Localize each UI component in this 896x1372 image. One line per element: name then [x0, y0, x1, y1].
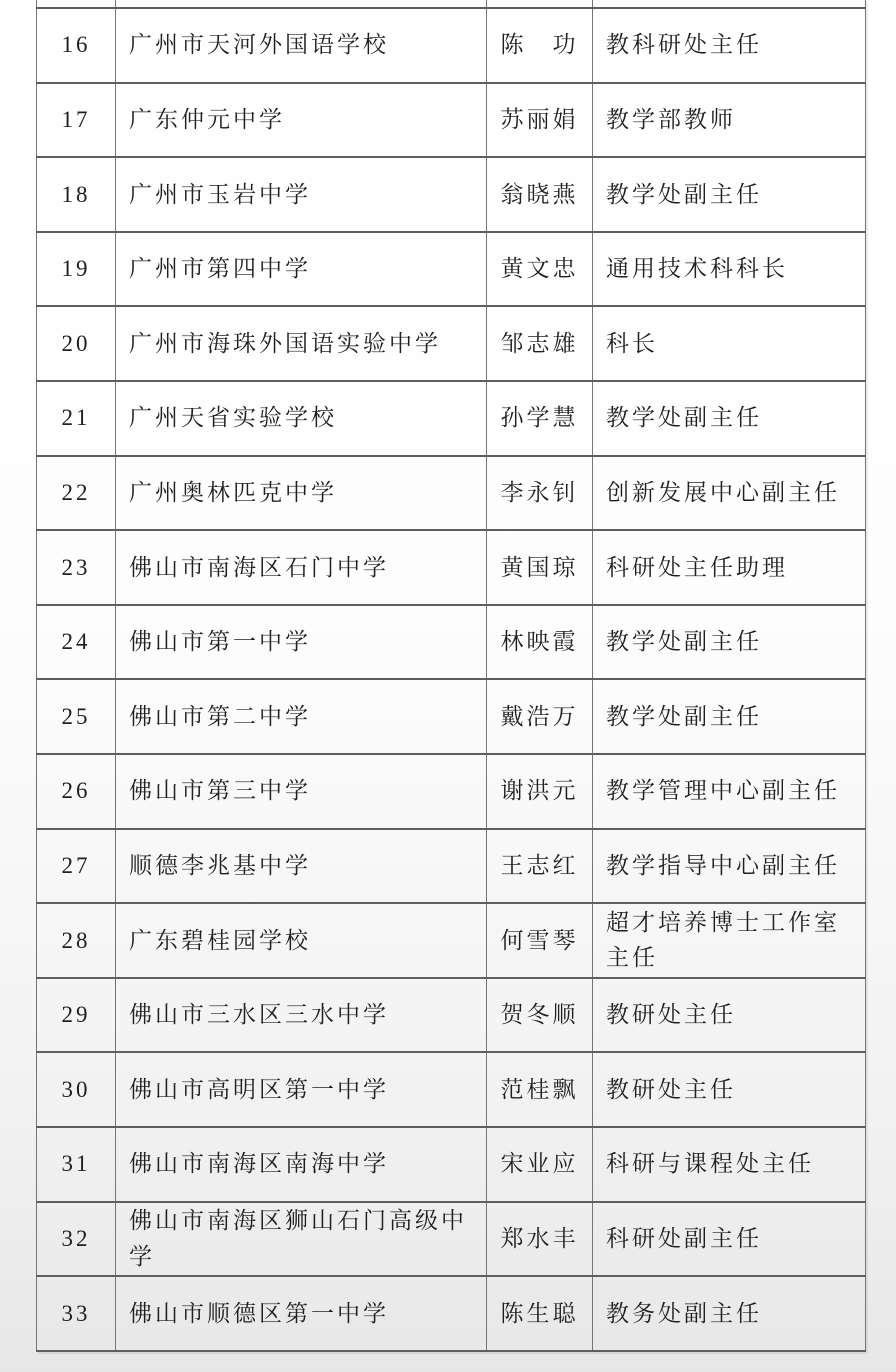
- cell-name: 陈生聪: [487, 1276, 593, 1351]
- cell-school: 佛山市南海区南海中学: [116, 1127, 487, 1202]
- table-row: 32 佛山市南海区狮山石门高级中学 郑水丰 科研处副主任: [37, 1202, 866, 1277]
- table-row: 24 佛山市第一中学 林映霞 教学处副主任: [37, 605, 866, 680]
- table-row: 31 佛山市南海区南海中学 宋业应 科研与课程处主任: [37, 1127, 866, 1202]
- cell-title: 教学处副主任: [593, 679, 866, 754]
- document-page: 16 广州市天河外国语学校 陈 功 教科研处主任 17 广东仲元中学 苏丽娟 教…: [0, 0, 896, 1372]
- cell-number: 19: [37, 232, 116, 307]
- cell-title: 教学处副主任: [593, 157, 866, 232]
- cell-title: 教学部教师: [593, 83, 866, 158]
- cell-title: 科研处副主任: [593, 1202, 866, 1277]
- table-row: 25 佛山市第二中学 戴浩万 教学处副主任: [37, 679, 866, 754]
- cell-school: 佛山市顺德区第一中学: [116, 1276, 487, 1351]
- cell-number-stub: [37, 0, 116, 8]
- table-row: 17 广东仲元中学 苏丽娟 教学部教师: [37, 83, 866, 158]
- table-row: 29 佛山市三水区三水中学 贺冬顺 教研处主任: [37, 978, 866, 1053]
- cell-name: 戴浩万: [487, 679, 593, 754]
- cell-title: 科长: [593, 306, 866, 381]
- cell-title: 教学管理中心副主任: [593, 754, 866, 829]
- table-row: 20 广州市海珠外国语实验中学 邹志雄 科长: [37, 306, 866, 381]
- cell-number: 16: [37, 8, 116, 83]
- cell-name: 宋业应: [487, 1127, 593, 1202]
- cell-name: 范桂飘: [487, 1052, 593, 1127]
- cell-title: 科研与课程处主任: [593, 1127, 866, 1202]
- cell-number: 24: [37, 605, 116, 680]
- cell-school: 佛山市第一中学: [116, 605, 487, 680]
- cell-name: 谢洪元: [487, 754, 593, 829]
- cell-title: 教学指导中心副主任: [593, 829, 866, 904]
- cell-title: 教学处副主任: [593, 605, 866, 680]
- cell-name: 苏丽娟: [487, 83, 593, 158]
- cell-school: 佛山市高明区第一中学: [116, 1052, 487, 1127]
- cell-name-stub: [487, 0, 593, 8]
- cell-number: 25: [37, 679, 116, 754]
- cell-school: 广东仲元中学: [116, 83, 487, 158]
- cell-name: 陈 功: [487, 8, 593, 83]
- cell-school: 广州市第四中学: [116, 232, 487, 307]
- cell-number: 26: [37, 754, 116, 829]
- cell-name: 李永钊: [487, 456, 593, 531]
- cell-title: 教科研处主任: [593, 8, 866, 83]
- cell-number: 22: [37, 456, 116, 531]
- cell-title: 教学处副主任: [593, 381, 866, 456]
- cell-school: 广州奥林匹克中学: [116, 456, 487, 531]
- cell-number: 28: [37, 903, 116, 978]
- table-row: 30 佛山市高明区第一中学 范桂飘 教研处主任: [37, 1052, 866, 1127]
- table-row: 21 广州天省实验学校 孙学慧 教学处副主任: [37, 381, 866, 456]
- cell-number: 29: [37, 978, 116, 1053]
- cell-school: 佛山市三水区三水中学: [116, 978, 487, 1053]
- table-row-partial: [37, 0, 866, 8]
- cell-number: 20: [37, 306, 116, 381]
- cell-school: 广州市海珠外国语实验中学: [116, 306, 487, 381]
- table-row: 19 广州市第四中学 黄文忠 通用技术科科长: [37, 232, 866, 307]
- table-row: 26 佛山市第三中学 谢洪元 教学管理中心副主任: [37, 754, 866, 829]
- cell-school: 广州市天河外国语学校: [116, 8, 487, 83]
- cell-name: 林映霞: [487, 605, 593, 680]
- cell-title: 通用技术科科长: [593, 232, 866, 307]
- cell-name: 何雪琴: [487, 903, 593, 978]
- cell-school: 佛山市第三中学: [116, 754, 487, 829]
- cell-title-stub: [593, 0, 866, 8]
- cell-name: 王志红: [487, 829, 593, 904]
- cell-title: 教务处副主任: [593, 1276, 866, 1351]
- cell-title: 创新发展中心副主任: [593, 456, 866, 531]
- cell-number: 27: [37, 829, 116, 904]
- cell-school: 佛山市南海区石门中学: [116, 530, 487, 605]
- table-row: 28 广东碧桂园学校 何雪琴 超才培养博士工作室主任: [37, 903, 866, 978]
- cell-name: 孙学慧: [487, 381, 593, 456]
- cell-school: 广州天省实验学校: [116, 381, 487, 456]
- cell-school: 佛山市南海区狮山石门高级中学: [116, 1202, 487, 1277]
- table-row: 23 佛山市南海区石门中学 黄国琼 科研处主任助理: [37, 530, 866, 605]
- cell-school-stub: [116, 0, 487, 8]
- cell-number: 31: [37, 1127, 116, 1202]
- cell-title: 教研处主任: [593, 1052, 866, 1127]
- cell-name: 郑水丰: [487, 1202, 593, 1277]
- cell-number: 23: [37, 530, 116, 605]
- cell-number: 18: [37, 157, 116, 232]
- table-row: 18 广州市玉岩中学 翁晓燕 教学处副主任: [37, 157, 866, 232]
- cell-name: 翁晓燕: [487, 157, 593, 232]
- cell-school: 顺德李兆基中学: [116, 829, 487, 904]
- cell-title: 教研处主任: [593, 978, 866, 1053]
- cell-name: 贺冬顺: [487, 978, 593, 1053]
- personnel-table: 16 广州市天河外国语学校 陈 功 教科研处主任 17 广东仲元中学 苏丽娟 教…: [36, 0, 866, 1352]
- cell-name: 邹志雄: [487, 306, 593, 381]
- table-row: 33 佛山市顺德区第一中学 陈生聪 教务处副主任: [37, 1276, 866, 1351]
- cell-number: 33: [37, 1276, 116, 1351]
- cell-name: 黄文忠: [487, 232, 593, 307]
- cell-title: 超才培养博士工作室主任: [593, 903, 866, 978]
- cell-school: 广州市玉岩中学: [116, 157, 487, 232]
- table-row: 22 广州奥林匹克中学 李永钊 创新发展中心副主任: [37, 456, 866, 531]
- cell-school: 广东碧桂园学校: [116, 903, 487, 978]
- cell-number: 17: [37, 83, 116, 158]
- cell-name: 黄国琼: [487, 530, 593, 605]
- cell-school: 佛山市第二中学: [116, 679, 487, 754]
- cell-title: 科研处主任助理: [593, 530, 866, 605]
- cell-number: 30: [37, 1052, 116, 1127]
- cell-number: 32: [37, 1202, 116, 1277]
- cell-number: 21: [37, 381, 116, 456]
- table-row: 16 广州市天河外国语学校 陈 功 教科研处主任: [37, 8, 866, 83]
- table-row: 27 顺德李兆基中学 王志红 教学指导中心副主任: [37, 829, 866, 904]
- personnel-table-body: 16 广州市天河外国语学校 陈 功 教科研处主任 17 广东仲元中学 苏丽娟 教…: [37, 0, 866, 1351]
